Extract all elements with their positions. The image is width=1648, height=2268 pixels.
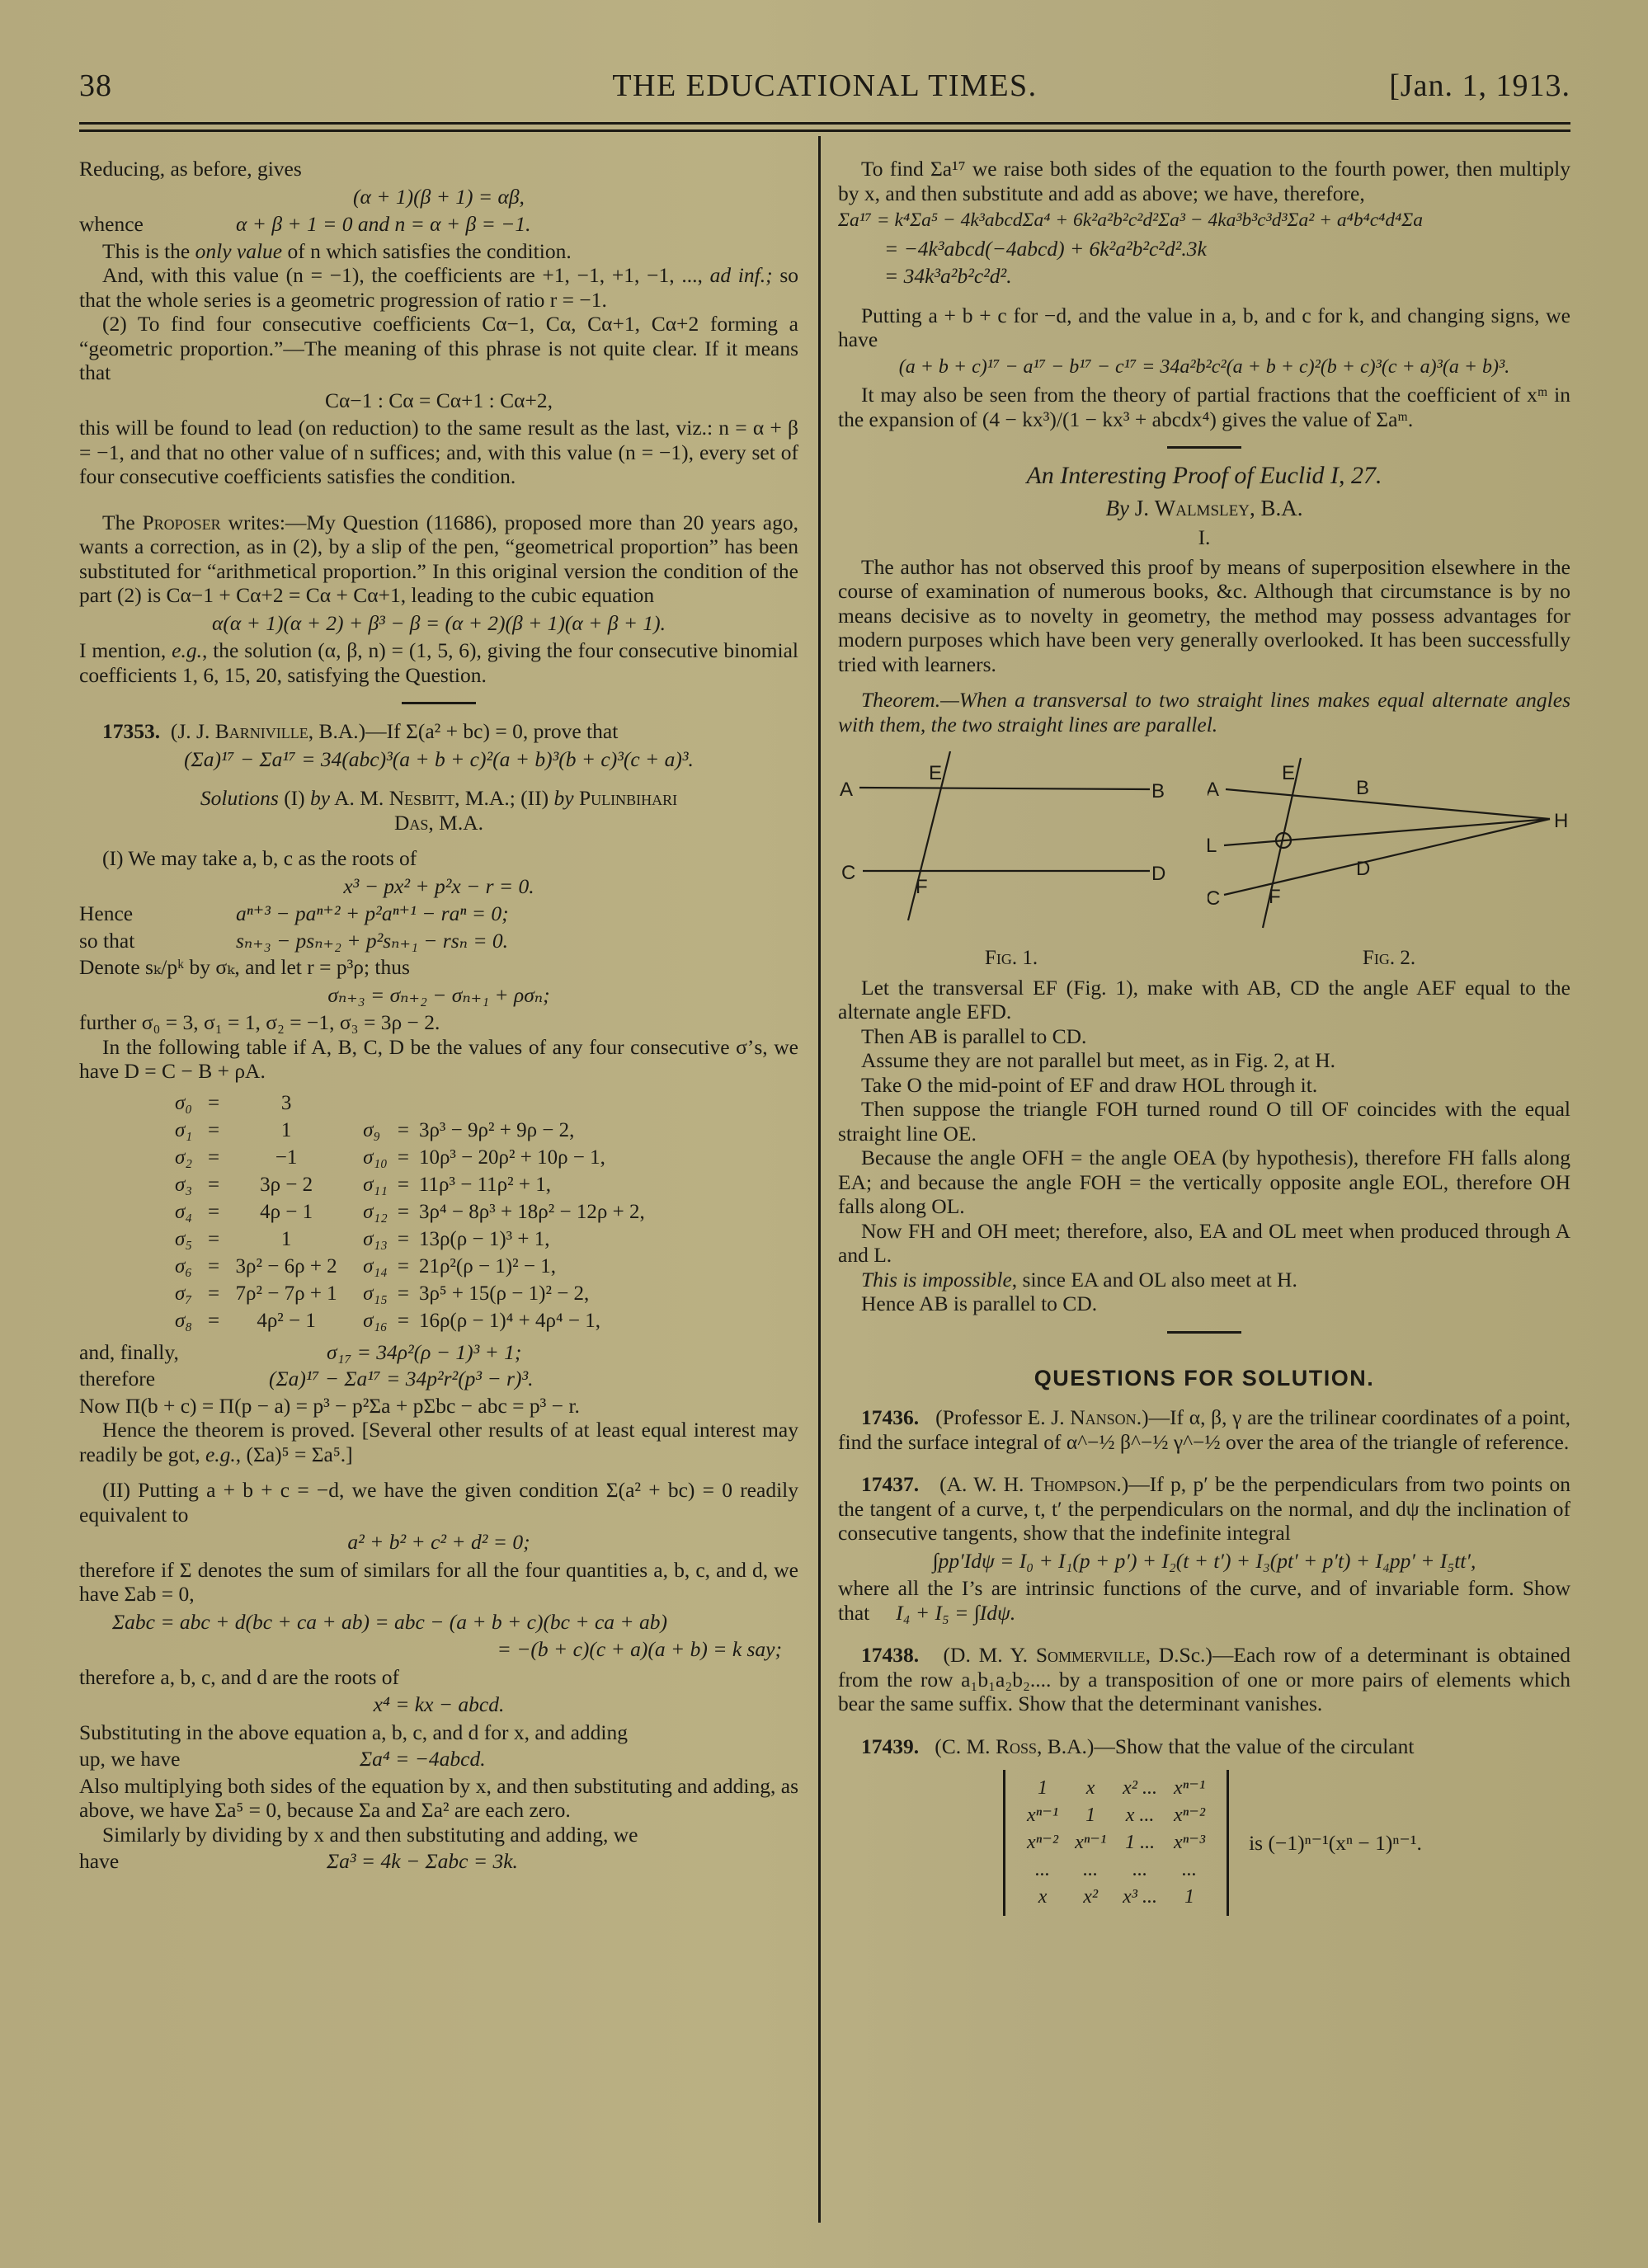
article-byline: By J. Walmsley, B.A. bbox=[838, 496, 1570, 521]
paragraph: And, with this value (n = −1), the coeff… bbox=[79, 263, 798, 312]
paragraph: Hence the theorem is proved. [Several ot… bbox=[79, 1418, 798, 1466]
section-rule bbox=[1167, 1331, 1241, 1334]
paragraph: Similarly by dividing by x and then subs… bbox=[79, 1823, 798, 1847]
paragraph: this will be found to lead (on reduction… bbox=[79, 416, 798, 489]
equation: σₙ₊₃ = σₙ₊₂ − σₙ₊₁ + ρσₙ; bbox=[79, 983, 798, 1008]
equation: Σa¹⁷ = k⁴Σa⁵ − 4k³abcdΣa⁴ + 6k²a²b²c²d²Σ… bbox=[838, 209, 1570, 233]
sigma-row: σ₀=3 bbox=[170, 1090, 650, 1118]
questions-list: 17436. (Professor E. J. Nanson.)—If α, β… bbox=[838, 1405, 1570, 1916]
equation: (a + b + c)¹⁷ − a¹⁷ − b¹⁷ − c¹⁷ = 34a²b²… bbox=[838, 355, 1570, 380]
proof-steps: Let the transversal EF (Fig. 1), make wi… bbox=[838, 976, 1570, 1268]
svg-text:C: C bbox=[841, 862, 855, 884]
sigma-row: σ₇=7ρ² − 7ρ + 1σ₁₅=3ρ⁵ + 15(ρ − 1)² − 2, bbox=[170, 1281, 650, 1308]
svg-text:D: D bbox=[1356, 858, 1370, 880]
paragraph: Denote sₖ/pᵏ by σₖ, and let r = p³ρ; thu… bbox=[79, 955, 798, 980]
svg-text:L: L bbox=[1208, 835, 1217, 857]
svg-text:E: E bbox=[1282, 762, 1295, 784]
sigma-row: σ₁=1σ₉=3ρ³ − 9ρ² + 9ρ − 2, bbox=[170, 1118, 650, 1145]
paragraph: It may also be seen from the theory of p… bbox=[838, 383, 1570, 431]
labeled-equation: therefore (Σa)¹⁷ − Σa¹⁷ = 34p²r²(p³ − r)… bbox=[79, 1367, 798, 1391]
figure-1: A B C D E F Fig. 1. bbox=[838, 751, 1184, 971]
paragraph: Now Π(b + c) = Π(p − a) = p³ − p²Σa + pΣ… bbox=[79, 1394, 798, 1419]
svg-text:F: F bbox=[916, 876, 928, 898]
figure-caption: Fig. 1. bbox=[838, 946, 1184, 971]
proof-step: Take O the mid-point of EF and draw HOL … bbox=[838, 1073, 1570, 1098]
svg-text:C: C bbox=[1208, 887, 1220, 910]
paragraph: Reducing, as before, gives bbox=[79, 157, 798, 181]
svg-text:A: A bbox=[840, 779, 853, 801]
paragraph: This is the only value of n which satisf… bbox=[79, 239, 798, 264]
header-rule-top bbox=[79, 122, 1570, 125]
journal-title: THE EDUCATIONAL TIMES. bbox=[79, 68, 1570, 104]
parallel-lines-diagram: A B C D E F bbox=[838, 751, 1184, 941]
labeled-equation: whence α + β + 1 = 0 and n = α + β = −1. bbox=[79, 212, 798, 237]
paragraph: Hence AB is parallel to CD. bbox=[838, 1292, 1570, 1316]
equation: x⁴ = kx − abcd. bbox=[79, 1692, 798, 1717]
svg-text:H: H bbox=[1554, 810, 1568, 832]
proof-step: Now FH and OH meet; therefore, also, EA … bbox=[838, 1219, 1570, 1268]
labeled-equation: and, finally, σ₁₇ = 34ρ²(ρ − 1)³ + 1; bbox=[79, 1340, 798, 1365]
paragraph: therefore a, b, c, and d are the roots o… bbox=[79, 1665, 798, 1690]
figure-2: A B C D E F L H Fig. 2. bbox=[1208, 751, 1570, 971]
paragraph: further σ₀ = 3, σ₁ = 1, σ₂ = −1, σ₃ = 3ρ… bbox=[79, 1010, 798, 1035]
paragraph: (I) We may take a, b, c as the roots of bbox=[79, 846, 798, 871]
question-17438: 17438. (D. M. Y. Sommerville, D.Sc.)—Eac… bbox=[838, 1643, 1570, 1716]
equation-label: whence bbox=[79, 212, 236, 237]
svg-text:A: A bbox=[1208, 779, 1219, 801]
sigma-row: σ₈=4ρ² − 1σ₁₆=16ρ(ρ − 1)⁴ + 4ρ⁴ − 1, bbox=[170, 1308, 650, 1335]
paragraph: This is impossible, since EA and OL also… bbox=[838, 1268, 1570, 1292]
sigma-row: σ₃=3ρ − 2σ₁₁=11ρ³ − 11ρ² + 1, bbox=[170, 1172, 650, 1199]
journal-page: 38 THE EDUCATIONAL TIMES. [Jan. 1, 1913.… bbox=[79, 0, 1570, 2268]
paragraph: The author has not observed this proof b… bbox=[838, 555, 1570, 677]
column-divider bbox=[818, 136, 821, 2223]
left-column: Reducing, as before, gives (α + 1)(β + 1… bbox=[79, 157, 798, 1876]
labeled-equation: up, we have Σa⁴ = −4abcd. bbox=[79, 1747, 798, 1772]
labeled-equation: Hence aⁿ⁺³ − paⁿ⁺² + p²aⁿ⁺¹ − raⁿ = 0; bbox=[79, 901, 798, 926]
section-rule bbox=[402, 702, 476, 704]
question-17439: 17439. (C. M. Ross, B.A.)—Show that the … bbox=[838, 1734, 1570, 1917]
svg-text:B: B bbox=[1151, 780, 1165, 802]
svg-text:E: E bbox=[929, 762, 942, 784]
equation: α + β + 1 = 0 and n = α + β = −1. bbox=[236, 212, 531, 237]
paragraph: To find Σa¹⁷ we raise both sides of the … bbox=[838, 157, 1570, 205]
equation: = −(b + c)(c + a)(a + b) = k say; bbox=[79, 1637, 798, 1662]
equation: ∫pp′Idψ = I₀ + I₁(p + p′) + I₂(t + t′) +… bbox=[838, 1549, 1570, 1574]
equation: Cα−1 : Cα = Cα+1 : Cα+2, bbox=[79, 388, 798, 413]
header-rule-bottom bbox=[79, 129, 1570, 132]
labeled-equation: so that sₙ₊₃ − psₙ₊₂ + p²sₙ₊₁ − rsₙ = 0. bbox=[79, 929, 798, 953]
sigma-row: σ₅=1σ₁₃=13ρ(ρ − 1)³ + 1, bbox=[170, 1226, 650, 1254]
equation: x³ − px² + p²x − r = 0. bbox=[79, 874, 798, 899]
issue-date: [Jan. 1, 1913. bbox=[1389, 68, 1570, 104]
paragraph: I mention, e.g., the solution (α, β, n) … bbox=[79, 638, 798, 687]
paragraph: Putting a + b + c for −d, and the value … bbox=[838, 303, 1570, 352]
sigma-row: σ₂=−1σ₁₀=10ρ³ − 20ρ² + 10ρ − 1, bbox=[170, 1145, 650, 1172]
right-column: To find Σa¹⁷ we raise both sides of the … bbox=[838, 157, 1570, 1934]
question-17353: 17353. (J. J. Barniville, B.A.)—If Σ(a² … bbox=[79, 719, 798, 744]
solutions-byline: Solutions (I) by A. M. Nesbitt, M.A.; (I… bbox=[79, 786, 798, 835]
figures: A B C D E F Fig. 1. bbox=[838, 751, 1570, 971]
theorem-statement: Theorem.—When a transversal to two strai… bbox=[838, 688, 1570, 736]
paragraph: Substituting in the above equation a, b,… bbox=[79, 1720, 798, 1745]
article-title: An Interesting Proof of Euclid I, 27. bbox=[838, 463, 1570, 488]
proof-step: Then suppose the triangle FOH turned rou… bbox=[838, 1097, 1570, 1146]
figure-caption: Fig. 2. bbox=[1208, 946, 1570, 971]
equation: Σabc = abc + d(bc + ca + ab) = abc − (a … bbox=[79, 1610, 798, 1635]
proof-step: Let the transversal EF (Fig. 1), make wi… bbox=[838, 976, 1570, 1024]
labeled-equation: have Σa³ = 4k − Σabc = 3k. bbox=[79, 1849, 798, 1874]
equation: = −4k³abcd(−4abcd) + 6k²a²b²c²d².3k bbox=[838, 237, 1570, 261]
equation: = 34k³a²b²c²d². bbox=[838, 264, 1570, 289]
proof-step: Assume they are not parallel but meet, a… bbox=[838, 1048, 1570, 1073]
question-17436: 17436. (Professor E. J. Nanson.)—If α, β… bbox=[838, 1405, 1570, 1454]
paragraph: Also multiplying both sides of the equat… bbox=[79, 1774, 798, 1823]
equation: (Σa)¹⁷ − Σa¹⁷ = 34(abc)³(a + b + c)²(a +… bbox=[79, 747, 798, 772]
questions-heading: QUESTIONS FOR SOLUTION. bbox=[838, 1367, 1570, 1391]
paragraph: (II) Putting a + b + c = −d, we have the… bbox=[79, 1478, 798, 1527]
svg-text:F: F bbox=[1269, 886, 1281, 908]
question-17437: 17437. (A. W. H. Thompson.)—If p, p′ be … bbox=[838, 1472, 1570, 1625]
converging-lines-diagram: A B C D E F L H bbox=[1208, 751, 1570, 941]
paragraph: (2) To find four consecutive coefficient… bbox=[79, 312, 798, 385]
running-head: 38 THE EDUCATIONAL TIMES. [Jan. 1, 1913. bbox=[79, 68, 1570, 117]
circulant-determinant: 1xx² ...xⁿ⁻¹xⁿ⁻¹1x ...xⁿ⁻²xⁿ⁻²xⁿ⁻¹1 ...x… bbox=[1003, 1770, 1570, 1916]
proof-step: Because the angle OFH = the angle OEA (b… bbox=[838, 1146, 1570, 1219]
sigma-row: σ₄=4ρ − 1σ₁₂=3ρ⁴ − 8ρ³ + 18ρ² − 12ρ + 2, bbox=[170, 1199, 650, 1226]
svg-text:D: D bbox=[1151, 863, 1165, 885]
equation: a² + b² + c² + d² = 0; bbox=[79, 1530, 798, 1555]
equation: (α + 1)(β + 1) = αβ, bbox=[79, 185, 798, 209]
equation: α(α + 1)(α + 2) + β³ − β = (α + 2)(β + 1… bbox=[79, 611, 798, 636]
sigma-table: σ₀=3σ₁=1σ₉=3ρ³ − 9ρ² + 9ρ − 2,σ₂=−1σ₁₀=1… bbox=[170, 1090, 650, 1335]
sigma-row: σ₆=3ρ² − 6ρ + 2σ₁₄=21ρ²(ρ − 1)² − 1, bbox=[170, 1254, 650, 1281]
paragraph: therefore if Σ denotes the sum of simila… bbox=[79, 1558, 798, 1607]
part-number: I. bbox=[838, 525, 1570, 550]
section-rule bbox=[1167, 446, 1241, 449]
paragraph: In the following table if A, B, C, D be … bbox=[79, 1035, 798, 1084]
proof-step: Then AB is parallel to CD. bbox=[838, 1024, 1570, 1049]
svg-text:B: B bbox=[1356, 777, 1369, 799]
proposer-paragraph: The Proposer writes:—My Question (11686)… bbox=[79, 511, 798, 608]
